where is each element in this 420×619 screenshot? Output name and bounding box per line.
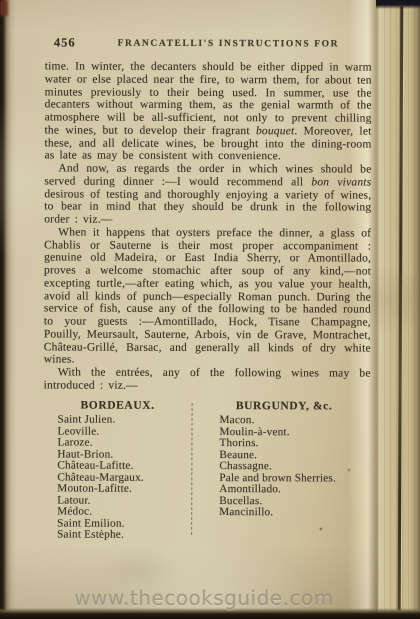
bordeaux-items: Saint Julien.Leoville.Laroze.Haut-Brion.… [43,414,191,541]
burgundy-heading: BURGUNDY, &c. [220,400,371,413]
bordeaux-heading: BORDEAUX. [44,399,192,412]
bordeaux-column: BORDEAUX. Saint Julien.Leoville.Laroze.H… [43,399,191,542]
page-number: 456 [54,35,76,50]
burgundy-column: BURGUNDY, &c. Macon.Moulin-à-vent.Thorin… [192,399,370,542]
paragraph: With the entrées, any of the following w… [44,366,371,393]
wine-lists: BORDEAUX. Saint Julien.Leoville.Laroze.H… [43,399,370,542]
wine-list-item: Mancinillo. [219,507,370,519]
scanned-book-page: 456 FRANCATELLI'S INSTRUCTIONS FOR time.… [0,0,420,619]
burgundy-items: Macon.Moulin-à-vent.Thorins.Beaune.Chass… [219,415,370,519]
paragraph: And now, as regards the order in which w… [44,162,371,227]
running-head: 456 FRANCATELLI'S INSTRUCTIONS FOR [45,35,372,58]
running-title: FRANCATELLI'S INSTRUCTIONS FOR [85,39,372,50]
page-content: 456 FRANCATELLI'S INSTRUCTIONS FOR time.… [43,35,372,542]
body-text: time. In winter, the decanters should be… [44,60,372,393]
wine-list-item: Saint Estèphe. [43,529,191,541]
paragraph: time. In winter, the decanters should be… [44,60,371,163]
watermark: www.thecooksguide.com [0,586,408,610]
paragraph: When it happens that oysters preface the… [44,226,371,367]
